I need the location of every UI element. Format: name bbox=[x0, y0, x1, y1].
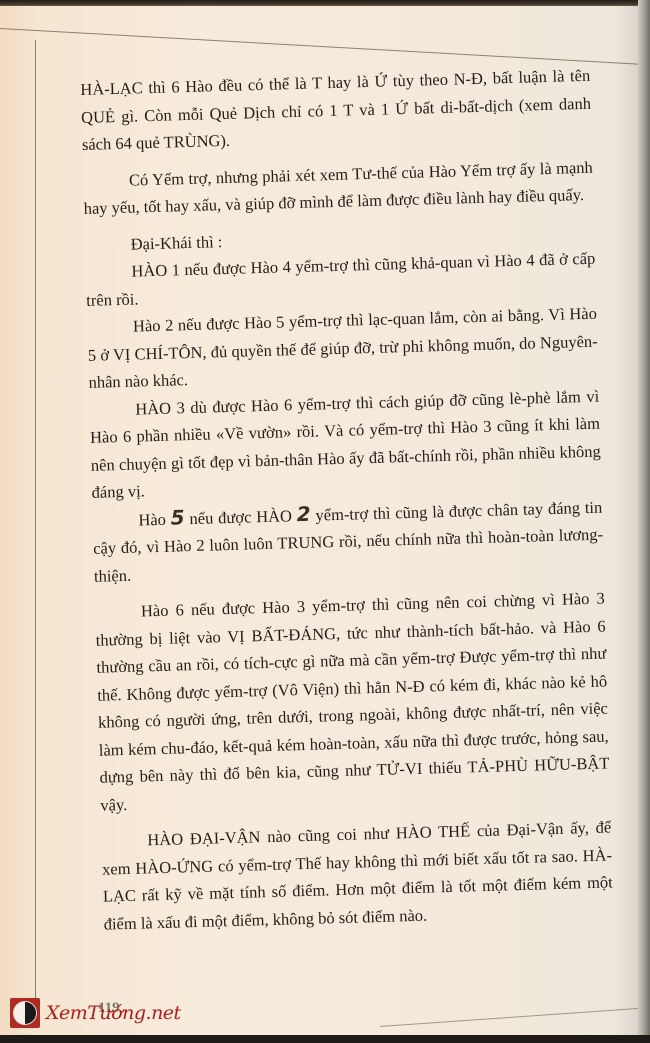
paragraph-hao-3: HÀO 3 dù được Hào 6 yểm-trợ thì cách giú… bbox=[89, 382, 602, 506]
page-fold-line-bottom bbox=[380, 1005, 650, 1027]
margin-rule bbox=[35, 40, 36, 1015]
paragraph-hao-6: Hào 6 nếu được Hào 3 yểm-trợ thì cũng nê… bbox=[95, 585, 611, 819]
paragraph-1: HÀ-LẠC thì 6 Hào đều có thể là T hay là … bbox=[80, 62, 592, 159]
text-segment: nếu được HÀO bbox=[184, 506, 297, 528]
paragraph-hao-dai-van: HÀO ĐẠI-VẬN nào cũng coi như HÀO THẾ của… bbox=[101, 813, 614, 937]
paragraph-hao-2: Hào 2 nếu được Hào 5 yểm-trợ thì lạc-qua… bbox=[87, 300, 599, 397]
page-fold-line bbox=[0, 28, 650, 66]
book-bottom-edge bbox=[0, 1035, 650, 1043]
book-page: HÀ-LẠC thì 6 Hào đều có thể là T hay là … bbox=[0, 6, 640, 1036]
handwritten-correction: 5 bbox=[170, 505, 185, 529]
page-body-text: HÀ-LẠC thì 6 Hào đều có thể là T hay là … bbox=[80, 62, 614, 938]
text-segment: Hào bbox=[138, 509, 171, 529]
watermark-text: XemTướng.net bbox=[46, 1002, 181, 1024]
watermark: XemTướng.net bbox=[10, 996, 181, 1030]
paragraph-2: Có Yểm trợ, nhưng phải xét xem Tư-thế củ… bbox=[83, 153, 594, 222]
handwritten-correction: 2 bbox=[296, 501, 311, 525]
book-right-edge bbox=[638, 0, 650, 1043]
paragraph-hao-4: Hào 5 nếu được HÀO 2 yểm-trợ thì cũng là… bbox=[92, 492, 604, 590]
yin-yang-icon bbox=[10, 998, 40, 1028]
